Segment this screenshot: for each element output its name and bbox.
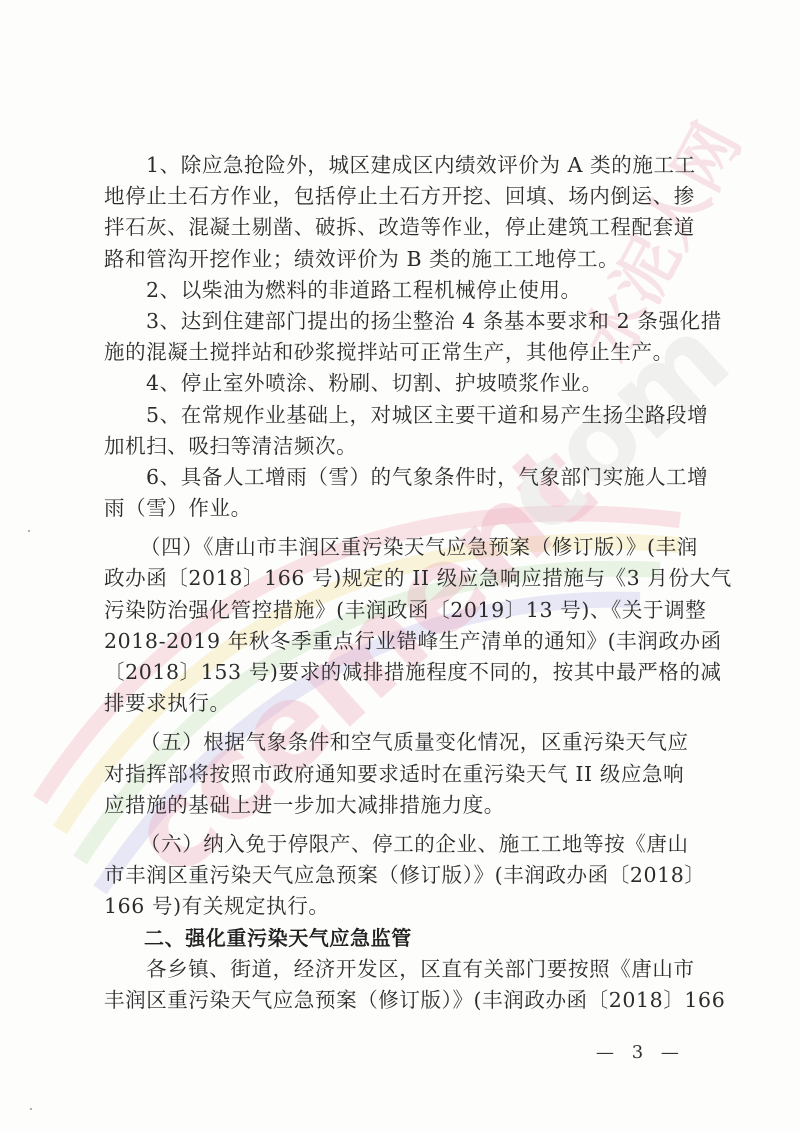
paragraph-section-4: （四）《唐山市丰润区重污染天气应急预案（修订版）》(丰润 政办函〔2018〕16… (104, 532, 702, 719)
text-line: （五）根据气象条件和空气质量变化情况，区重污染天气应 (104, 727, 702, 758)
paragraph-item-1: 1、除应急抢险外，城区建成区内绩效评价为 A 类的施工工 地停止土石方作业，包括… (104, 150, 702, 275)
paragraph-section-6: （六）纳入免于停限产、停工的企业、施工工地等按《唐山 市丰润区重污染天气应急预案… (104, 829, 702, 923)
text-line: 排要求执行。 (104, 688, 702, 719)
paragraph-section-5: （五）根据气象条件和空气质量变化情况，区重污染天气应 对指挥部将按照市政府通知要… (104, 727, 702, 821)
document-body: 1、除应急抢险外，城区建成区内绩效评价为 A 类的施工工 地停止土石方作业，包括… (104, 150, 702, 1016)
text-line: 〔2018〕153 号)要求的减排措施程度不同的，按其中最严格的减 (104, 657, 702, 688)
text-line: 施的混凝土搅拌站和砂浆搅拌站可正常生产，其他停止生产。 (104, 337, 702, 368)
text-line: 丰润区重污染天气应急预案（修订版）》(丰润政办函〔2018〕166 (104, 985, 702, 1016)
paragraph-closing: 各乡镇、街道，经济开发区，区直有关部门要按照《唐山市 丰润区重污染天气应急预案（… (104, 954, 702, 1016)
text-line: 2、以柴油为燃料的非道路工程机械停止使用。 (104, 275, 702, 306)
text-line: 6、具备人工增雨（雪）的气象条件时，气象部门实施人工增 (104, 462, 702, 493)
text-line: 路和管沟开挖作业；绩效评价为 B 类的施工工地停工。 (104, 244, 702, 275)
text-line: 市丰润区重污染天气应急预案（修订版）》(丰润政办函〔2018〕 (104, 860, 702, 891)
paragraph-item-5: 5、在常规作业基础上，对城区主要干道和易产生扬尘路段增 加机扫、吸扫等清洁频次。 (104, 400, 702, 462)
text-line: 加机扫、吸扫等清洁频次。 (104, 431, 702, 462)
text-line: 对指挥部将按照市政府通知要求适时在重污染天气 II 级应急响 (104, 759, 702, 790)
text-line: 地停止土石方作业，包括停止土石方开挖、回填、场内倒运、掺 (104, 181, 702, 212)
text-line: 污染防治强化管控措施》(丰润政函〔2019〕13 号)、《关于调整 (104, 595, 702, 626)
text-line: 5、在常规作业基础上，对城区主要干道和易产生扬尘路段增 (104, 400, 702, 431)
document-page: ccement com 水泥人网 1、除应急抢险外，城区建成区内绩效评价为 A … (0, 0, 800, 1131)
paragraph-item-6: 6、具备人工增雨（雪）的气象条件时，气象部门实施人工增 雨（雪）作业。 (104, 462, 702, 524)
scan-speck (30, 1108, 32, 1110)
paragraph-item-4: 4、停止室外喷涂、粉刷、切割、护坡喷浆作业。 (104, 368, 702, 399)
text-line: （六）纳入免于停限产、停工的企业、施工工地等按《唐山 (104, 829, 702, 860)
paragraph-item-2: 2、以柴油为燃料的非道路工程机械停止使用。 (104, 275, 702, 306)
text-line: 拌石灰、混凝土剔凿、破拆、改造等作业，停止建筑工程配套道 (104, 212, 702, 243)
text-line: 1、除应急抢险外，城区建成区内绩效评价为 A 类的施工工 (104, 150, 702, 181)
section-heading: 二、强化重污染天气应急监管 (104, 923, 702, 954)
text-line: 应措施的基础上进一步加大减排措施力度。 (104, 790, 702, 821)
text-line: 各乡镇、街道，经济开发区，区直有关部门要按照《唐山市 (104, 954, 702, 985)
paragraph-item-3: 3、达到住建部门提出的扬尘整治 4 条基本要求和 2 条强化措 施的混凝土搅拌站… (104, 306, 702, 368)
scan-speck (28, 530, 30, 532)
page-number: — 3 — (596, 1042, 685, 1063)
text-line: 3、达到住建部门提出的扬尘整治 4 条基本要求和 2 条强化措 (104, 306, 702, 337)
text-line: 2018-2019 年秋冬季重点行业错峰生产清单的通知》(丰润政办函 (104, 626, 702, 657)
text-line: 4、停止室外喷涂、粉刷、切割、护坡喷浆作业。 (104, 368, 702, 399)
text-line: 雨（雪）作业。 (104, 493, 702, 524)
text-line: 政办函〔2018〕166 号)规定的 II 级应急响应措施与《3 月份大气 (104, 563, 702, 594)
text-line: 166 号)有关规定执行。 (104, 891, 702, 922)
text-line: （四）《唐山市丰润区重污染天气应急预案（修订版）》(丰润 (104, 532, 702, 563)
